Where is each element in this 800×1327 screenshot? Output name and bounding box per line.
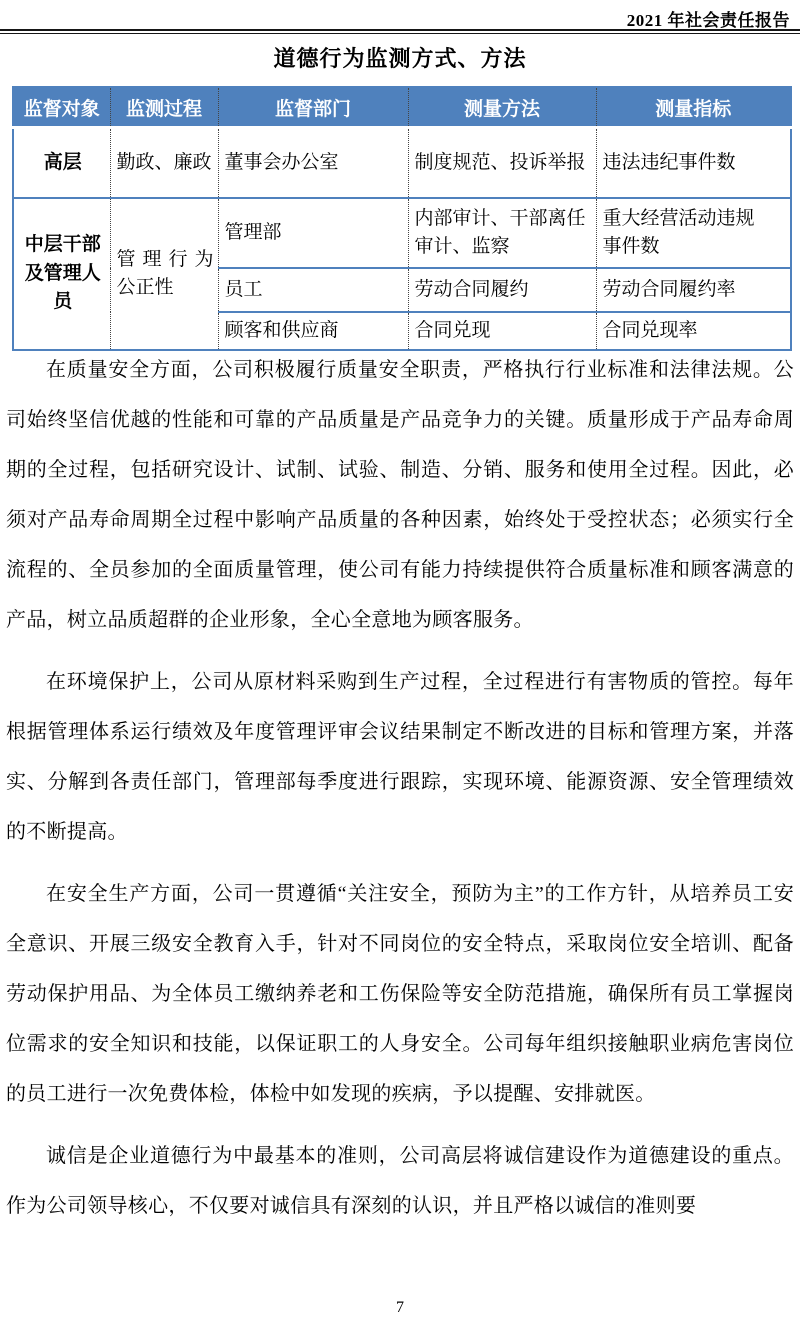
body-paragraph-environment: 在环境保护上，公司从原材料采购到生产过程，全过程进行有害物质的管控。每年根据管理… — [6, 657, 794, 857]
body-paragraph-integrity: 诚信是企业道德行为中最基本的准则，公司高层将诚信建设作为道德建设的重点。作为公司… — [6, 1131, 794, 1231]
column-header-supervision-dept: 监督部门 — [218, 87, 408, 128]
table-header-row: 监督对象 监测过程 监督部门 测量方法 测量指标 — [13, 87, 791, 128]
cell-process-top-management: 勤政、廉政 — [110, 128, 218, 199]
column-header-measure-indicator: 测量指标 — [596, 87, 791, 128]
cell-dept-top-management: 董事会办公室 — [218, 128, 408, 199]
cell-dept-management-dept: 管理部 — [218, 198, 408, 268]
report-header-title: 2021 年社会责任报告 — [627, 6, 790, 31]
cell-process-middle-management: 管理行为 公正性 — [110, 198, 218, 350]
cell-method-labor-contract: 劳动合同履约 — [408, 268, 596, 312]
table-row-middle-management-1: 中层干部及管理人员 管理行为 公正性 管理部 内部审计、干部离任审计、监察 重大… — [13, 198, 791, 268]
page-title: 道德行为监测方式、方法 — [0, 42, 800, 73]
column-header-monitor-process: 监测过程 — [110, 87, 218, 128]
body-text: 在质量安全方面，公司积极履行质量安全职责，严格执行行业标准和法律法规。公司始终坚… — [6, 345, 794, 1243]
column-header-measure-method: 测量方法 — [408, 87, 596, 128]
process-line-2: 公正性 — [117, 274, 214, 303]
process-line-1: 管理行为 — [117, 246, 214, 275]
cell-indicator-labor-contract-rate: 劳动合同履约率 — [596, 268, 791, 312]
table-row-top-management: 高层 勤政、廉政 董事会办公室 制度规范、投诉举报 违法违纪事件数 — [13, 128, 791, 199]
cell-method-top-management: 制度规范、投诉举报 — [408, 128, 596, 199]
cell-target-middle-management: 中层干部及管理人员 — [13, 198, 110, 350]
cell-indicator-major-violation: 重大经营活动违规事件数 — [596, 198, 791, 268]
cell-target-top-management: 高层 — [13, 128, 110, 199]
cell-dept-employees: 员工 — [218, 268, 408, 312]
cell-indicator-top-management: 违法违纪事件数 — [596, 128, 791, 199]
header-rule-divider — [0, 29, 800, 34]
body-paragraph-quality-safety: 在质量安全方面，公司积极履行质量安全职责，严格执行行业标准和法律法规。公司始终坚… — [6, 345, 794, 645]
page-number: 7 — [0, 1299, 800, 1317]
column-header-supervision-target: 监督对象 — [13, 87, 110, 128]
ethics-monitoring-table: 监督对象 监测过程 监督部门 测量方法 测量指标 高层 勤政、廉政 董事会办公室… — [12, 86, 792, 351]
body-paragraph-production-safety: 在安全生产方面，公司一贯遵循“关注安全，预防为主”的工作方针，从培养员工安全意识… — [6, 869, 794, 1119]
cell-method-internal-audit: 内部审计、干部离任审计、监察 — [408, 198, 596, 268]
